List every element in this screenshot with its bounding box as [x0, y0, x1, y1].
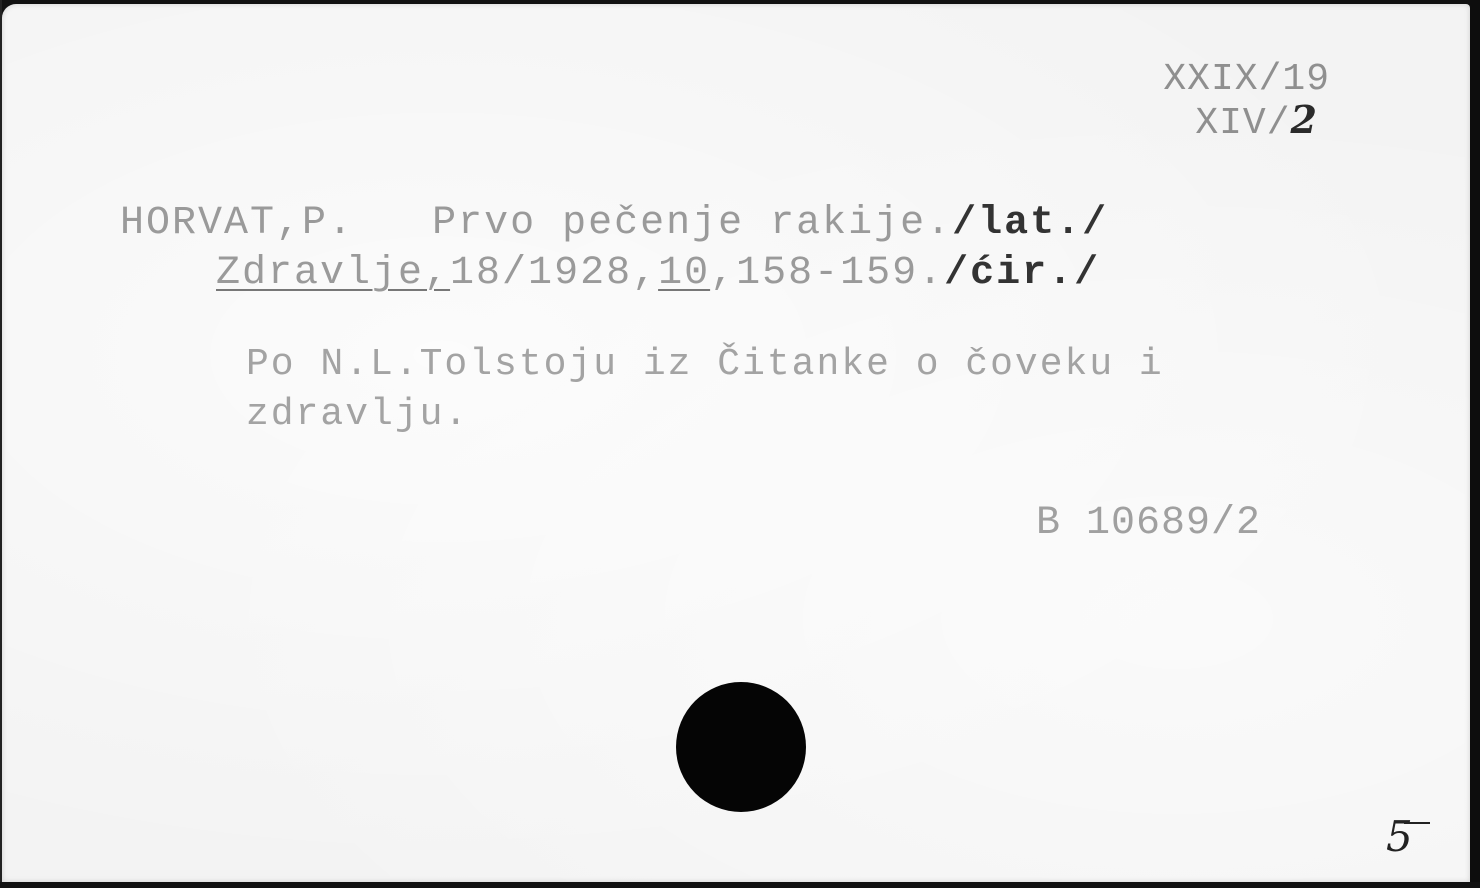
- punch-hole: [676, 682, 806, 812]
- script-note-latin: /lat./: [952, 201, 1108, 246]
- script-note-cyrillic: /ćir./: [944, 251, 1100, 296]
- accession-number: B 10689/2: [1036, 504, 1261, 544]
- call-number-line1-prefix: XXIX/: [1163, 58, 1282, 101]
- card-edge-bottom: [0, 882, 1480, 888]
- call-number: XXIX/19 XIV/2: [1163, 60, 1330, 144]
- note-line-2: zdravlju.: [246, 396, 469, 434]
- call-number-line2-prefix: XIV/: [1195, 102, 1290, 145]
- note-line-1: Po N.L.Tolstoju iz Čitanke o čoveku i: [246, 346, 1164, 384]
- entry-pages: ,158-159.: [710, 251, 944, 296]
- corner-number: 5: [1386, 812, 1413, 861]
- call-number-line1-suffix: 19: [1282, 58, 1330, 101]
- call-number-line2: XIV/2: [1163, 100, 1318, 144]
- entry-issue: 10: [658, 251, 710, 296]
- call-number-line1: XXIX/19: [1163, 60, 1330, 100]
- entry-line-author-title: HORVAT,P. Prvo pečenje rakije./lat./: [120, 204, 1108, 244]
- entry-volume-year: 18/1928,: [450, 251, 658, 296]
- entry-line-source: Zdravlje,18/1928,10,158-159./ćir./: [216, 254, 1100, 294]
- catalog-card: XXIX/19 XIV/2 HORVAT,P. Prvo pečenje rak…: [2, 4, 1470, 882]
- entry-title: Prvo pečenje rakije.: [432, 201, 952, 246]
- card-edge-right: [1470, 0, 1480, 888]
- entry-author: HORVAT,P.: [120, 201, 354, 246]
- call-number-handwritten-digit: 2: [1291, 97, 1318, 142]
- entry-journal: Zdravlje,: [216, 251, 450, 296]
